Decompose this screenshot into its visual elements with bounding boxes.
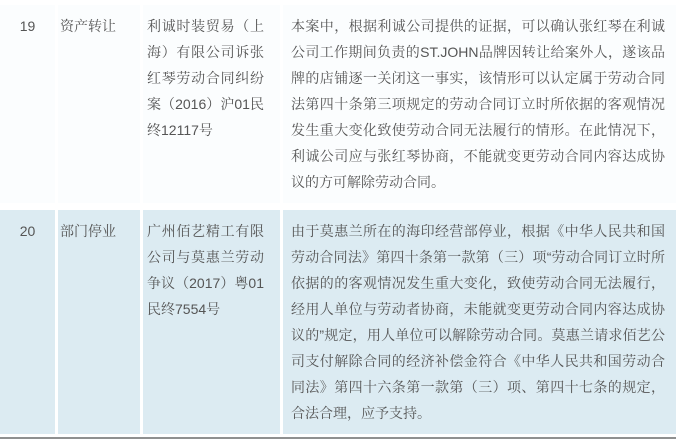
table-row: 20 部门停业 广州佰艺精工有限公司与莫惠兰劳动争议（2017）粤01民终755…: [0, 210, 676, 434]
case-number-cell: 20: [0, 210, 55, 434]
legal-case-table-page: 19 资产转让 利诚时装贸易（上海）有限公司诉张红琴劳动合同纠纷案（2016）沪…: [0, 0, 676, 439]
table-row: 19 资产转让 利诚时装贸易（上海）有限公司诉张红琴劳动合同纠纷案（2016）沪…: [0, 5, 676, 203]
case-analysis-cell: 由于莫惠兰所在的海印经营部停业，根据《中华人民共和国劳动合同法》第四十条第一款第…: [283, 210, 676, 434]
case-analysis-cell: 本案中，根据利诚公司提供的证据，可以确认张红琴在利诚公司工作期间负责的ST.JO…: [283, 5, 676, 203]
case-name-cell: 利诚时装贸易（上海）有限公司诉张红琴劳动合同纠纷案（2016）沪01民终1211…: [143, 5, 280, 203]
case-name-cell: 广州佰艺精工有限公司与莫惠兰劳动争议（2017）粤01民终7554号: [143, 210, 280, 434]
case-category-cell: 部门停业: [58, 210, 140, 434]
case-category-cell: 资产转让: [58, 5, 140, 203]
case-number-cell: 19: [0, 5, 55, 203]
case-table: 19 资产转让 利诚时装贸易（上海）有限公司诉张红琴劳动合同纠纷案（2016）沪…: [0, 0, 676, 432]
